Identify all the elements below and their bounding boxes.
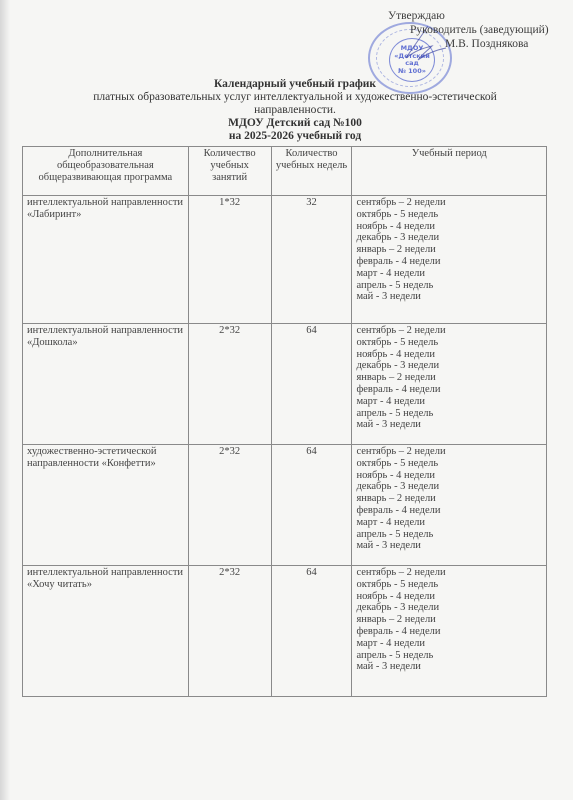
stamp-text-3: № 100»: [398, 68, 426, 76]
period-entry: апрель - 5 недель: [356, 408, 542, 420]
scan-edge-shadow: [0, 0, 10, 800]
period-entry: октябрь - 5 недель: [356, 209, 542, 221]
period-entry: ноябрь - 4 недели: [356, 470, 542, 482]
document-title-block: Календарный учебный график платных образ…: [60, 78, 530, 143]
period-entry: февраль - 4 недели: [356, 384, 542, 396]
period-cell: сентябрь – 2 неделиоктябрь - 5 недельноя…: [352, 445, 547, 566]
header-weeks: Количество учебных недель: [271, 147, 352, 196]
period-entry: сентябрь – 2 недели: [356, 567, 542, 579]
table-row: интеллектуальной направленности «Дошкола…: [23, 324, 547, 445]
period-entry: январь – 2 недели: [356, 614, 542, 626]
lessons-cell: 2*32: [188, 566, 271, 697]
period-entry: ноябрь - 4 недели: [356, 221, 542, 233]
period-entry: ноябрь - 4 недели: [356, 591, 542, 603]
period-entry: октябрь - 5 недель: [356, 337, 542, 349]
schedule-table: Дополнительная общеобразовательная общер…: [22, 146, 547, 697]
period-entry: декабрь - 3 недели: [356, 481, 542, 493]
period-entry: декабрь - 3 недели: [356, 602, 542, 614]
period-entry: май - 3 недели: [356, 661, 542, 673]
approval-label: Утверждаю: [388, 9, 549, 23]
period-entry: октябрь - 5 недель: [356, 579, 542, 591]
organization-name: МДОУ Детский сад №100: [60, 117, 530, 130]
weeks-cell: 64: [271, 445, 352, 566]
period-entry: апрель - 5 недель: [356, 529, 542, 541]
period-entry: март - 4 недели: [356, 396, 542, 408]
period-cell: сентябрь – 2 неделиоктябрь - 5 недельноя…: [352, 196, 547, 324]
document-heading: Календарный учебный график: [60, 78, 530, 91]
lessons-cell: 2*32: [188, 324, 271, 445]
period-entry: ноябрь - 4 недели: [356, 349, 542, 361]
period-entry: май - 3 недели: [356, 419, 542, 431]
period-entry: февраль - 4 недели: [356, 505, 542, 517]
table-row: интеллектуальной направленности «Лабирин…: [23, 196, 547, 324]
header-program: Дополнительная общеобразовательная общер…: [23, 147, 189, 196]
period-entry: апрель - 5 недель: [356, 650, 542, 662]
weeks-cell: 64: [271, 324, 352, 445]
program-cell: интеллектуальной направленности «Лабирин…: [23, 196, 189, 324]
period-entry: февраль - 4 недели: [356, 256, 542, 268]
period-entry: февраль - 4 недели: [356, 626, 542, 638]
table-row: художественно-эстетической направленност…: [23, 445, 547, 566]
period-entry: январь – 2 недели: [356, 244, 542, 256]
period-entry: май - 3 недели: [356, 540, 542, 552]
period-entry: декабрь - 3 недели: [356, 232, 542, 244]
period-entry: сентябрь – 2 недели: [356, 325, 542, 337]
period-entry: октябрь - 5 недель: [356, 458, 542, 470]
academic-year: на 2025-2026 учебный год: [60, 130, 530, 143]
period-entry: декабрь - 3 недели: [356, 360, 542, 372]
lessons-cell: 1*32: [188, 196, 271, 324]
period-entry: апрель - 5 недель: [356, 280, 542, 292]
document-subtitle-2: направленности.: [60, 104, 530, 117]
period-entry: сентябрь – 2 недели: [356, 197, 542, 209]
program-cell: интеллектуальной направленности «Дошкола…: [23, 324, 189, 445]
header-period: Учебный период: [352, 147, 547, 196]
document-subtitle-1: платных образовательных услуг интеллекту…: [60, 91, 530, 104]
program-cell: художественно-эстетической направленност…: [23, 445, 189, 566]
period-entry: март - 4 недели: [356, 268, 542, 280]
period-entry: март - 4 недели: [356, 517, 542, 529]
period-entry: январь – 2 недели: [356, 372, 542, 384]
approval-position: Руководитель (заведующий): [410, 23, 549, 37]
approval-block: Утверждаю Руководитель (заведующий) М.В.…: [388, 9, 549, 51]
period-entry: сентябрь – 2 недели: [356, 446, 542, 458]
approval-name: М.В. Позднякова: [445, 37, 549, 51]
header-lessons: Количество учебных занятий: [188, 147, 271, 196]
period-entry: март - 4 недели: [356, 638, 542, 650]
period-entry: май - 3 недели: [356, 291, 542, 303]
period-entry: январь – 2 недели: [356, 493, 542, 505]
table-row: интеллектуальной направленности «Хочу чи…: [23, 566, 547, 697]
period-cell: сентябрь – 2 неделиоктябрь - 5 недельноя…: [352, 566, 547, 697]
period-cell: сентябрь – 2 неделиоктябрь - 5 недельноя…: [352, 324, 547, 445]
table-header-row: Дополнительная общеобразовательная общер…: [23, 147, 547, 196]
weeks-cell: 64: [271, 566, 352, 697]
lessons-cell: 2*32: [188, 445, 271, 566]
weeks-cell: 32: [271, 196, 352, 324]
program-cell: интеллектуальной направленности «Хочу чи…: [23, 566, 189, 697]
